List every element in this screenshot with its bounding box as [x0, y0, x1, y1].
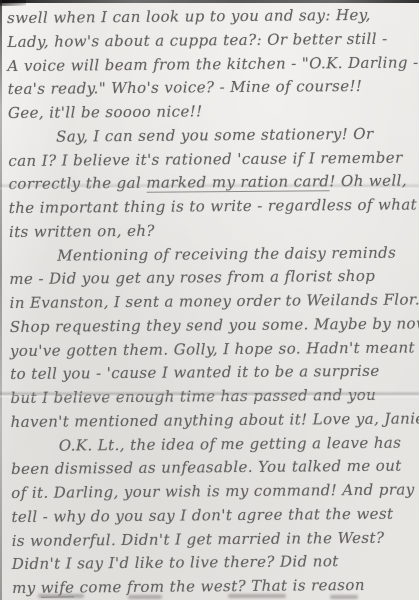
- scan-top-edge: [0, 0, 419, 3]
- scan-top-left-corner: [0, 0, 26, 6]
- letter-text: tell - why do you say I don't agree that…: [11, 504, 393, 525]
- letter-line-18: haven't mentioned anything about it! Lov…: [11, 407, 419, 434]
- letter-line-19: O.K. Lt., the idea of me getting a leave…: [11, 431, 419, 458]
- letter-text: tea's ready." Who's voice? - Mine of cou…: [8, 77, 363, 98]
- letter-text: the important thing is to write - regard…: [9, 195, 417, 217]
- letter-line-2: Lady, how's about a cuppa tea?: Or bette…: [7, 27, 417, 54]
- letter-line-20: been dismissed as unfeasable. You talked…: [11, 455, 419, 482]
- letter-text: of it. Darling, your wish is my command!…: [11, 480, 415, 502]
- letter-line-3: A voice will beam from the kitchen - "O.…: [7, 51, 417, 78]
- letter-page: swell when I can look up to you and say:…: [0, 0, 419, 600]
- letter-line-7: can I? I believe it's rationed 'cause if…: [8, 146, 418, 173]
- letter-text: swell when I can look up to you and say:…: [7, 6, 371, 27]
- letter-line-23: is wonderful. Didn't I get married in th…: [12, 526, 419, 553]
- letter-text: been dismissed as unfeasable. You talked…: [11, 457, 402, 478]
- letter-line-12: me - Did you get any roses from a floris…: [9, 265, 419, 292]
- letter-text: haven't mentioned anything about it! Lov…: [11, 409, 419, 431]
- letter-text: to tell you - 'cause I wanted it to be a…: [10, 362, 380, 383]
- letter-text: Mentioning of receiving the daisy remind…: [57, 243, 396, 264]
- underlined-text: marked my ration card: [146, 172, 329, 193]
- letter-text: me - Did you get any roses from a floris…: [9, 267, 375, 288]
- letter-line-16: to tell you - 'cause I wanted it to be a…: [10, 360, 419, 387]
- letter-line-4: tea's ready." Who's voice? - Mine of cou…: [8, 75, 418, 102]
- letter-text: Say, I can send you some stationery! Or: [56, 125, 374, 146]
- letter-line-9: the important thing is to write - regard…: [9, 193, 419, 220]
- letter-line-14: Shop requesting they send you some. Mayb…: [10, 312, 419, 339]
- letter-text: O.K. Lt., the idea of me getting a leave…: [59, 433, 402, 454]
- letter-text: come from the west? That is reason: [74, 576, 365, 597]
- letter-text: my: [12, 579, 41, 597]
- letter-line-17: but I believe enough time has passed and…: [10, 383, 419, 410]
- letter-line-15: you've gotten them. Golly, I hope so. Ha…: [10, 336, 419, 363]
- scan-left-edge: [0, 0, 2, 600]
- letter-text: is wonderful. Didn't I get married in th…: [12, 528, 385, 549]
- letter-line-5: Gee, it'll be soooo nice!!: [8, 98, 418, 125]
- letter-line-13: in Evanston, I sent a money order to Wei…: [9, 288, 419, 315]
- letter-text: you've gotten them. Golly, I hope so. Ha…: [10, 338, 415, 360]
- cutoff-writing-smudge: [330, 595, 358, 599]
- letter-text: Didn't I say I'd like to live there? Did…: [12, 552, 339, 573]
- letter-text: Shop requesting they send you some. Mayb…: [10, 314, 419, 336]
- letter-line-8: correctly the gal marked my ration card!…: [8, 170, 418, 197]
- letter-text: correctly the gal: [8, 174, 146, 193]
- letter-line-21: of it. Darling, your wish is my command!…: [11, 478, 419, 505]
- letter-text: in Evanston, I sent a money order to Wei…: [10, 290, 419, 312]
- letter-body: swell when I can look up to you and say:…: [7, 3, 419, 600]
- letter-text: Gee, it'll be soooo nice!!: [8, 102, 203, 122]
- letter-line-10: its written on, eh?: [9, 217, 419, 244]
- letter-line-6: Say, I can send you some stationery! Or: [8, 122, 418, 149]
- letter-text: its written on, eh?: [9, 221, 155, 240]
- letter-text: A voice will beam from the kitchen - "O.…: [7, 53, 418, 75]
- letter-line-24: Didn't I say I'd like to live there? Did…: [12, 550, 419, 577]
- letter-line-1: swell when I can look up to you and say:…: [7, 3, 417, 30]
- letter-text: ! Oh well,: [329, 172, 407, 191]
- cutoff-writing-smudge: [128, 595, 162, 599]
- cutoff-writing-smudge: [38, 594, 84, 598]
- letter-text: but I believe enough time has passed and…: [10, 386, 376, 407]
- letter-line-22: tell - why do you say I don't agree that…: [11, 502, 419, 529]
- letter-text: Lady, how's about a cuppa tea?: Or bette…: [7, 29, 387, 50]
- letter-line-11: Mentioning of receiving the daisy remind…: [9, 241, 419, 268]
- letter-text: can I? I believe it's rationed 'cause if…: [8, 148, 402, 169]
- cutoff-writing-smudge: [228, 594, 286, 598]
